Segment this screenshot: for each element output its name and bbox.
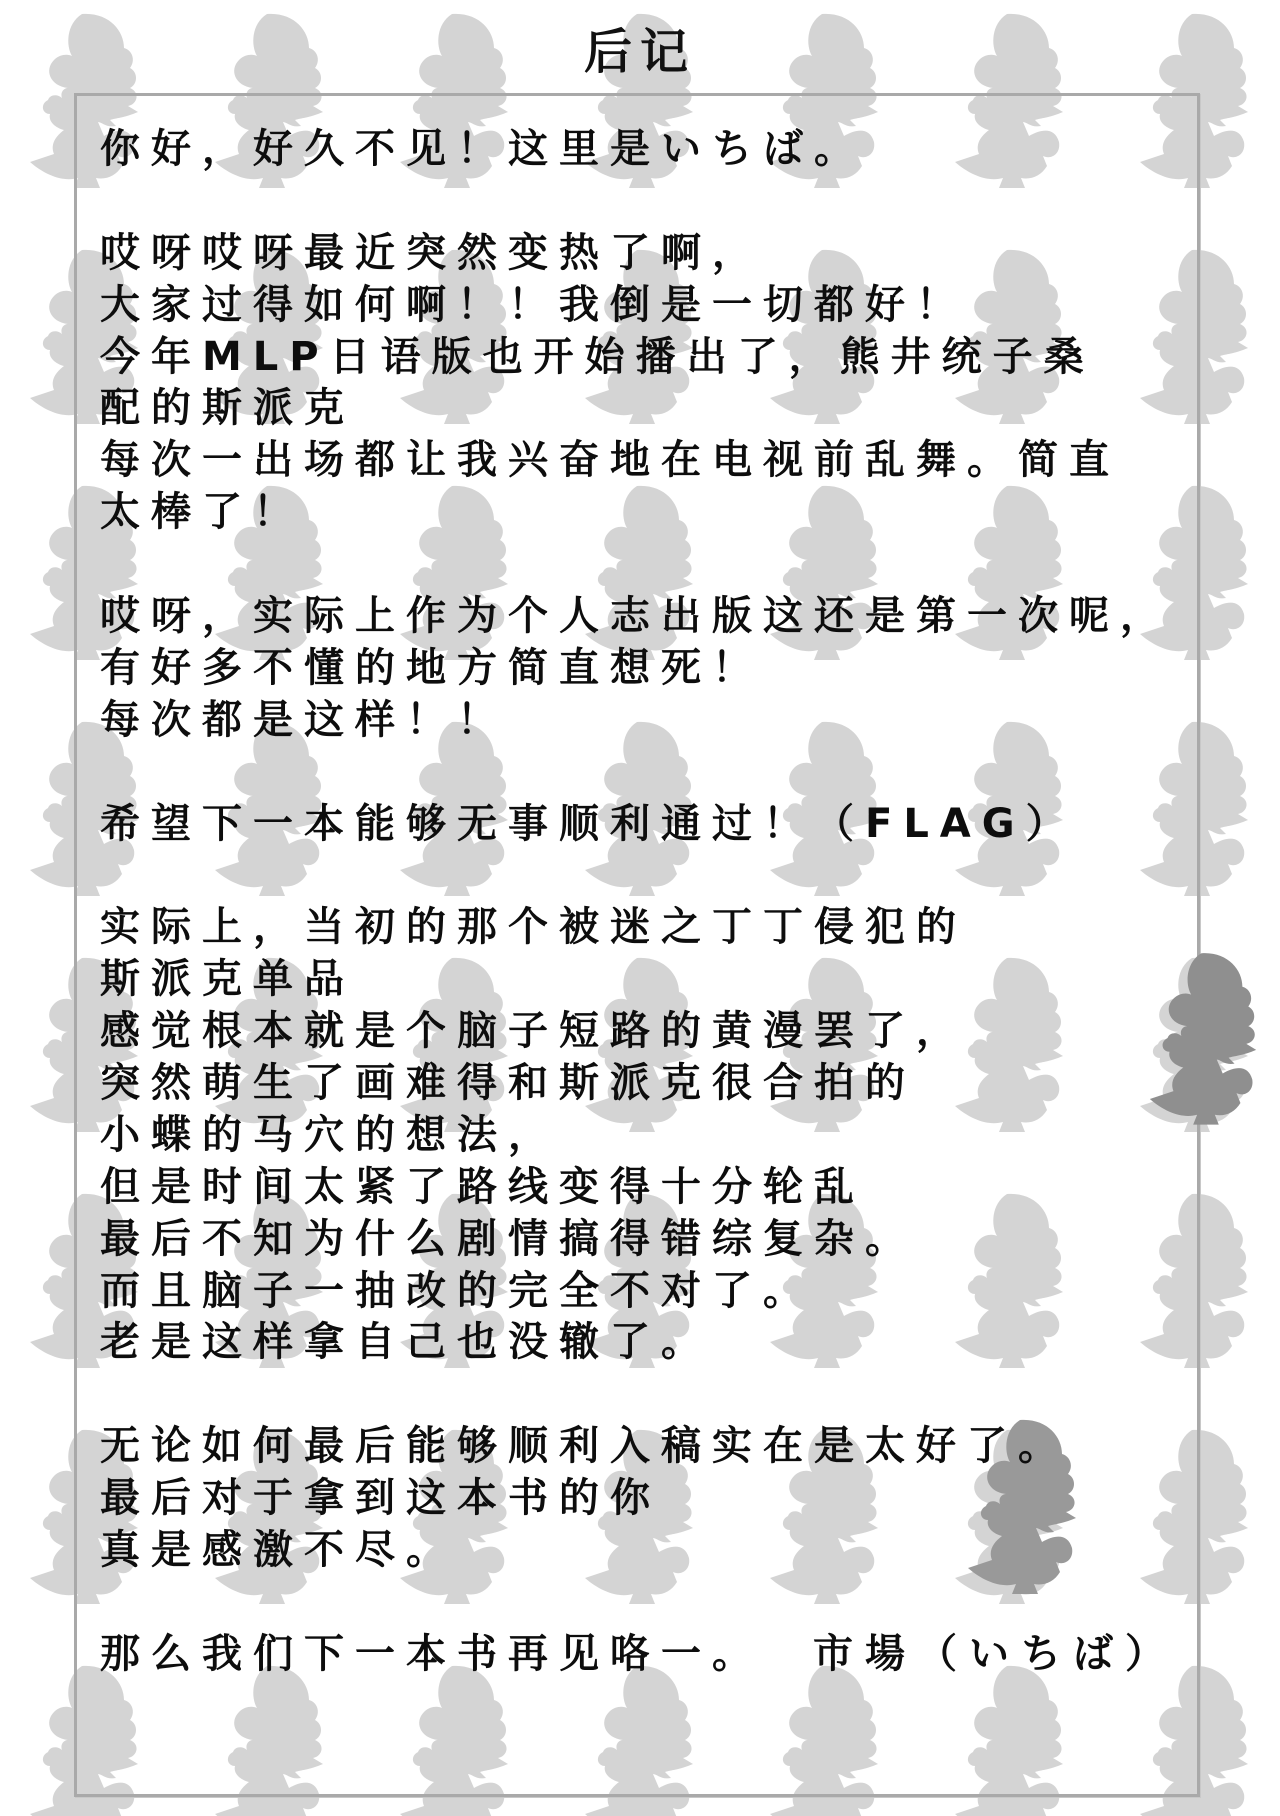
- text-line: 希望下一本能够无事顺利通过！（FLAG）: [100, 799, 1190, 851]
- text-line: 但是时间太紧了路线变得十分轮乱: [100, 1162, 1190, 1214]
- text-line: 有好多不懂的地方简直想死！: [100, 643, 1190, 695]
- text-line: 你好，好久不见！这里是いちば。: [100, 124, 1190, 176]
- text-line: 感觉根本就是个脑子短路的黄漫罢了，: [100, 1006, 1190, 1058]
- text-line: 大家过得如何啊！！我倒是一切都好！: [100, 280, 1190, 332]
- text-line: 无论如何最后能够顺利入稿实在是太好了。: [100, 1421, 1190, 1473]
- blank-line: [100, 1577, 1190, 1629]
- page-title: 后记: [0, 22, 1280, 82]
- text-line: 最后对于拿到这本书的你: [100, 1473, 1190, 1525]
- text-line: 实际上，当初的那个被迷之丁丁侵犯的: [100, 902, 1190, 954]
- text-line: 斯派克单品: [100, 954, 1190, 1006]
- text-line: 老是这样拿自己也没辙了。: [100, 1317, 1190, 1369]
- text-line: 太棒了！: [100, 487, 1190, 539]
- text-line: 哎呀哎呀最近突然变热了啊，: [100, 228, 1190, 280]
- text-line: 真是感激不尽。: [100, 1525, 1190, 1577]
- text-line: 今年MLP日语版也开始播出了，熊井统子桑: [100, 332, 1190, 384]
- text-line: 小蝶的马穴的想法，: [100, 1110, 1190, 1162]
- author-signature: 市場（いちば）: [813, 1629, 1177, 1681]
- blank-line: [100, 539, 1190, 591]
- blank-line: [100, 176, 1190, 228]
- text-line: 而且脑子一抽改的完全不对了。: [100, 1266, 1190, 1318]
- text-line: 每次都是这样！！: [100, 695, 1190, 747]
- closing-row: 那么我们下一本书再见咯一。 市場（いちば）: [100, 1629, 1190, 1681]
- text-line: 突然萌生了画难得和斯派克很合拍的: [100, 1058, 1190, 1110]
- text-line: 配的斯派克: [100, 383, 1190, 435]
- closing-text: 那么我们下一本书再见咯一。: [100, 1631, 763, 1677]
- afterword-body: 你好，好久不见！这里是いちば。 哎呀哎呀最近突然变热了啊， 大家过得如何啊！！我…: [100, 124, 1190, 1681]
- text-line: 每次一出场都让我兴奋地在电视前乱舞。简直: [100, 435, 1190, 487]
- blank-line: [100, 1369, 1190, 1421]
- blank-line: [100, 850, 1190, 902]
- text-line: 哎呀，实际上作为个人志出版这还是第一次呢，: [100, 591, 1190, 643]
- text-line: 最后不知为什么剧情搞得错综复杂。: [100, 1214, 1190, 1266]
- blank-line: [100, 747, 1190, 799]
